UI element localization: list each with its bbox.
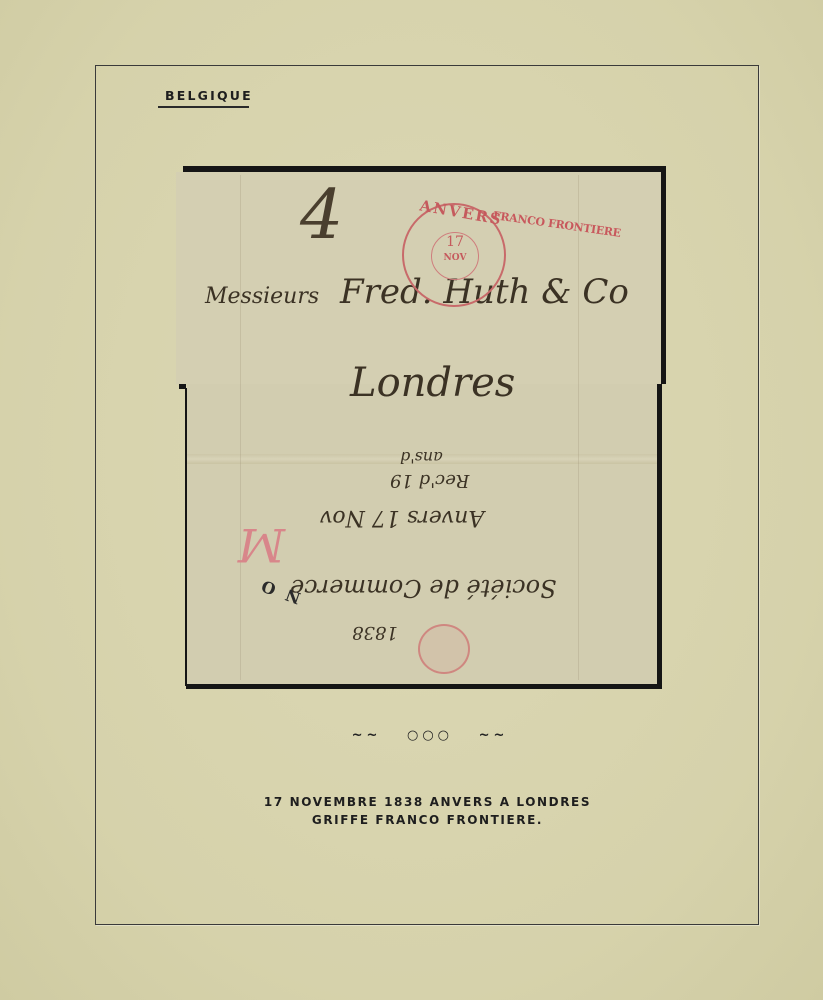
postmark-day: 17 [436,234,474,250]
docket-sender: Société de Commerce [290,574,557,602]
rate-marking: 4 [300,176,343,255]
salutation-text: Messieurs [205,284,319,309]
docket-year: 1838 [352,622,398,643]
vertical-crease [240,175,241,680]
caption-line-2: GRIFFE FRANCO FRONTIERE. [200,813,655,827]
caption-line-1: 17 NOVEMBRE 1838 ANVERS A LONDRES [200,795,655,809]
docket-line-2: Rec'd 19 [390,470,469,491]
postmark-month: NOV [436,253,474,263]
vertical-crease [578,175,579,680]
red-seal-postmark [418,624,470,674]
docket-line-3: ans'd [400,448,443,467]
docket-line-1: Anvers 17 Nov [320,505,484,530]
mount-edge-bottom [186,684,662,689]
heading-underline [158,106,249,108]
country-heading: BELGIQUE [165,88,253,103]
red-manuscript-marking: M [238,518,285,572]
decorative-ornament: ~~ ○○○ ~~ [340,728,520,743]
city-text: Londres [350,360,515,406]
